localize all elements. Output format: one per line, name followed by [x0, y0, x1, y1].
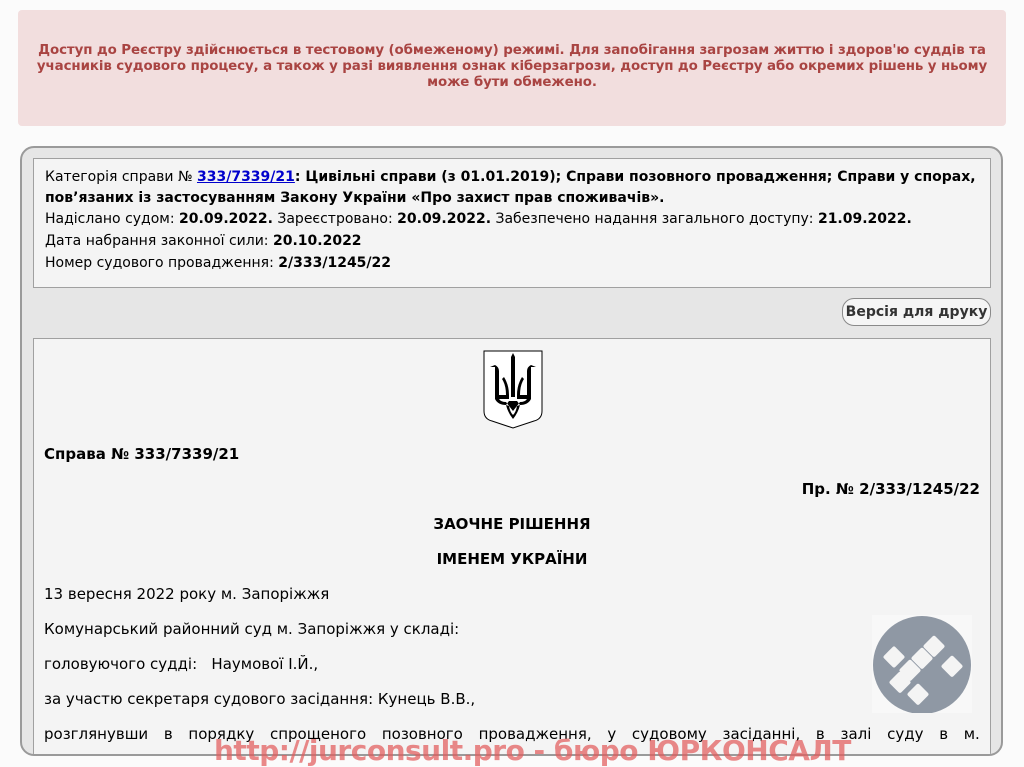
considering-word: розглянувши	[44, 725, 148, 743]
decision-date-place: 13 вересня 2022 року м. Запоріжжя	[44, 585, 329, 603]
ukraine-coat-of-arms-icon	[482, 349, 544, 429]
considering-word: в	[164, 725, 173, 743]
proceeding-number: Номер судового провадження: 2/333/1245/2…	[45, 255, 979, 271]
decision-title: ЗАОЧНЕ РІШЕННЯ	[34, 515, 990, 533]
decision-subtitle: ІМЕНЕМ УКРАЇНИ	[34, 550, 990, 568]
watermark-text: http://jurconsult.pro - бюро ЮРКОНСАЛТ	[214, 734, 851, 767]
alert-text: Доступ до Реєстру здійснюється в тестово…	[37, 43, 987, 90]
print-version-button[interactable]: Версія для друку	[842, 298, 991, 326]
decision-panel: Категорія справи № 333/7339/21: Цивільні…	[20, 146, 1003, 756]
considering-word: м.	[964, 725, 980, 743]
considering-word: суду	[887, 725, 923, 743]
presiding-judge: головуючого судді: Наумової І.Й.,	[44, 655, 318, 673]
case-number-heading: Справа № 333/7339/21	[44, 445, 239, 463]
court-composition: Комунарський районний суд м. Запоріжжя у…	[44, 620, 459, 638]
watermark-logo-icon	[872, 615, 972, 713]
considering-word: в	[939, 725, 948, 743]
court-secretary: за участю секретаря судового засідання: …	[44, 690, 475, 708]
case-category: Категорія справи № 333/7339/21: Цивільні…	[45, 167, 979, 209]
case-info-box: Категорія справи № 333/7339/21: Цивільні…	[33, 158, 991, 288]
case-number-link[interactable]: 333/7339/21	[197, 169, 295, 185]
effective-date: Дата набрання законної сили: 20.10.2022	[45, 233, 979, 249]
decision-document: Справа № 333/7339/21 Пр. № 2/333/1245/22…	[33, 338, 991, 756]
case-dates: Надіслано судом: 20.09.2022. Зареєстрова…	[45, 211, 979, 227]
proceeding-number-heading: Пр. № 2/333/1245/22	[802, 480, 980, 498]
access-warning-alert: Доступ до Реєстру здійснюється в тестово…	[18, 10, 1006, 126]
